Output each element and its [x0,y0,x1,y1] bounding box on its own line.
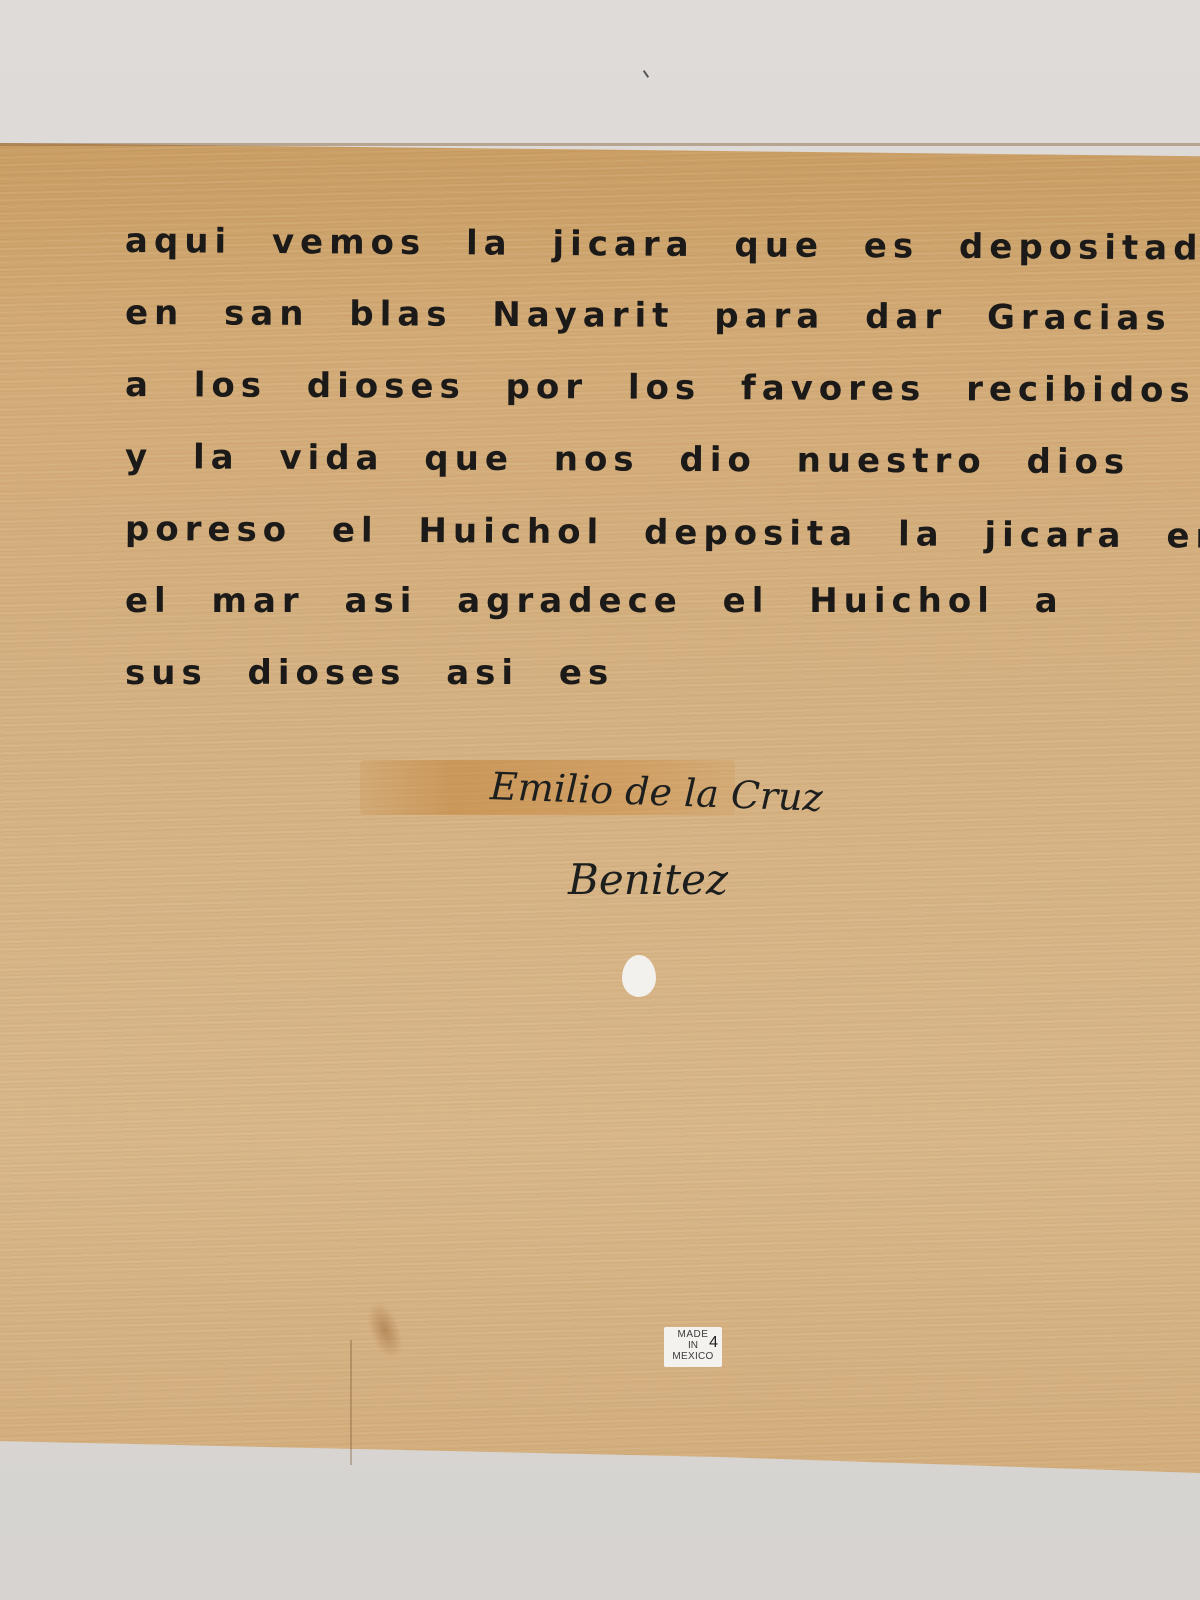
made-in-mexico-sticker: MADE IN MEXICO 4 [664,1327,722,1367]
sticker-number: 4 [709,1337,718,1348]
sticker-line-mexico: MEXICO [664,1351,722,1362]
note-line-1: aqui vemos la jicara que es depositada [125,205,1135,284]
signature-surname: Benitez [568,855,728,904]
board-top-edge [0,143,1200,146]
paint-chip [622,955,656,997]
handwritten-note: aqui vemos la jicara que es depositada e… [125,205,1135,709]
note-line-7: sus dioses asi es [125,637,1135,709]
note-line-2: en san blas Nayarit para dar Gracias [125,277,1135,354]
note-line-6: el mar asi agradece el Huichol a [125,565,1135,637]
note-line-5: poreso el Huichol deposita la jicara en [125,493,1135,572]
note-line-3: a los dioses por los favores recibidos [125,349,1135,426]
wood-crack [350,1340,352,1465]
note-line-4: y la vida que nos dio nuestro dios [125,421,1135,498]
